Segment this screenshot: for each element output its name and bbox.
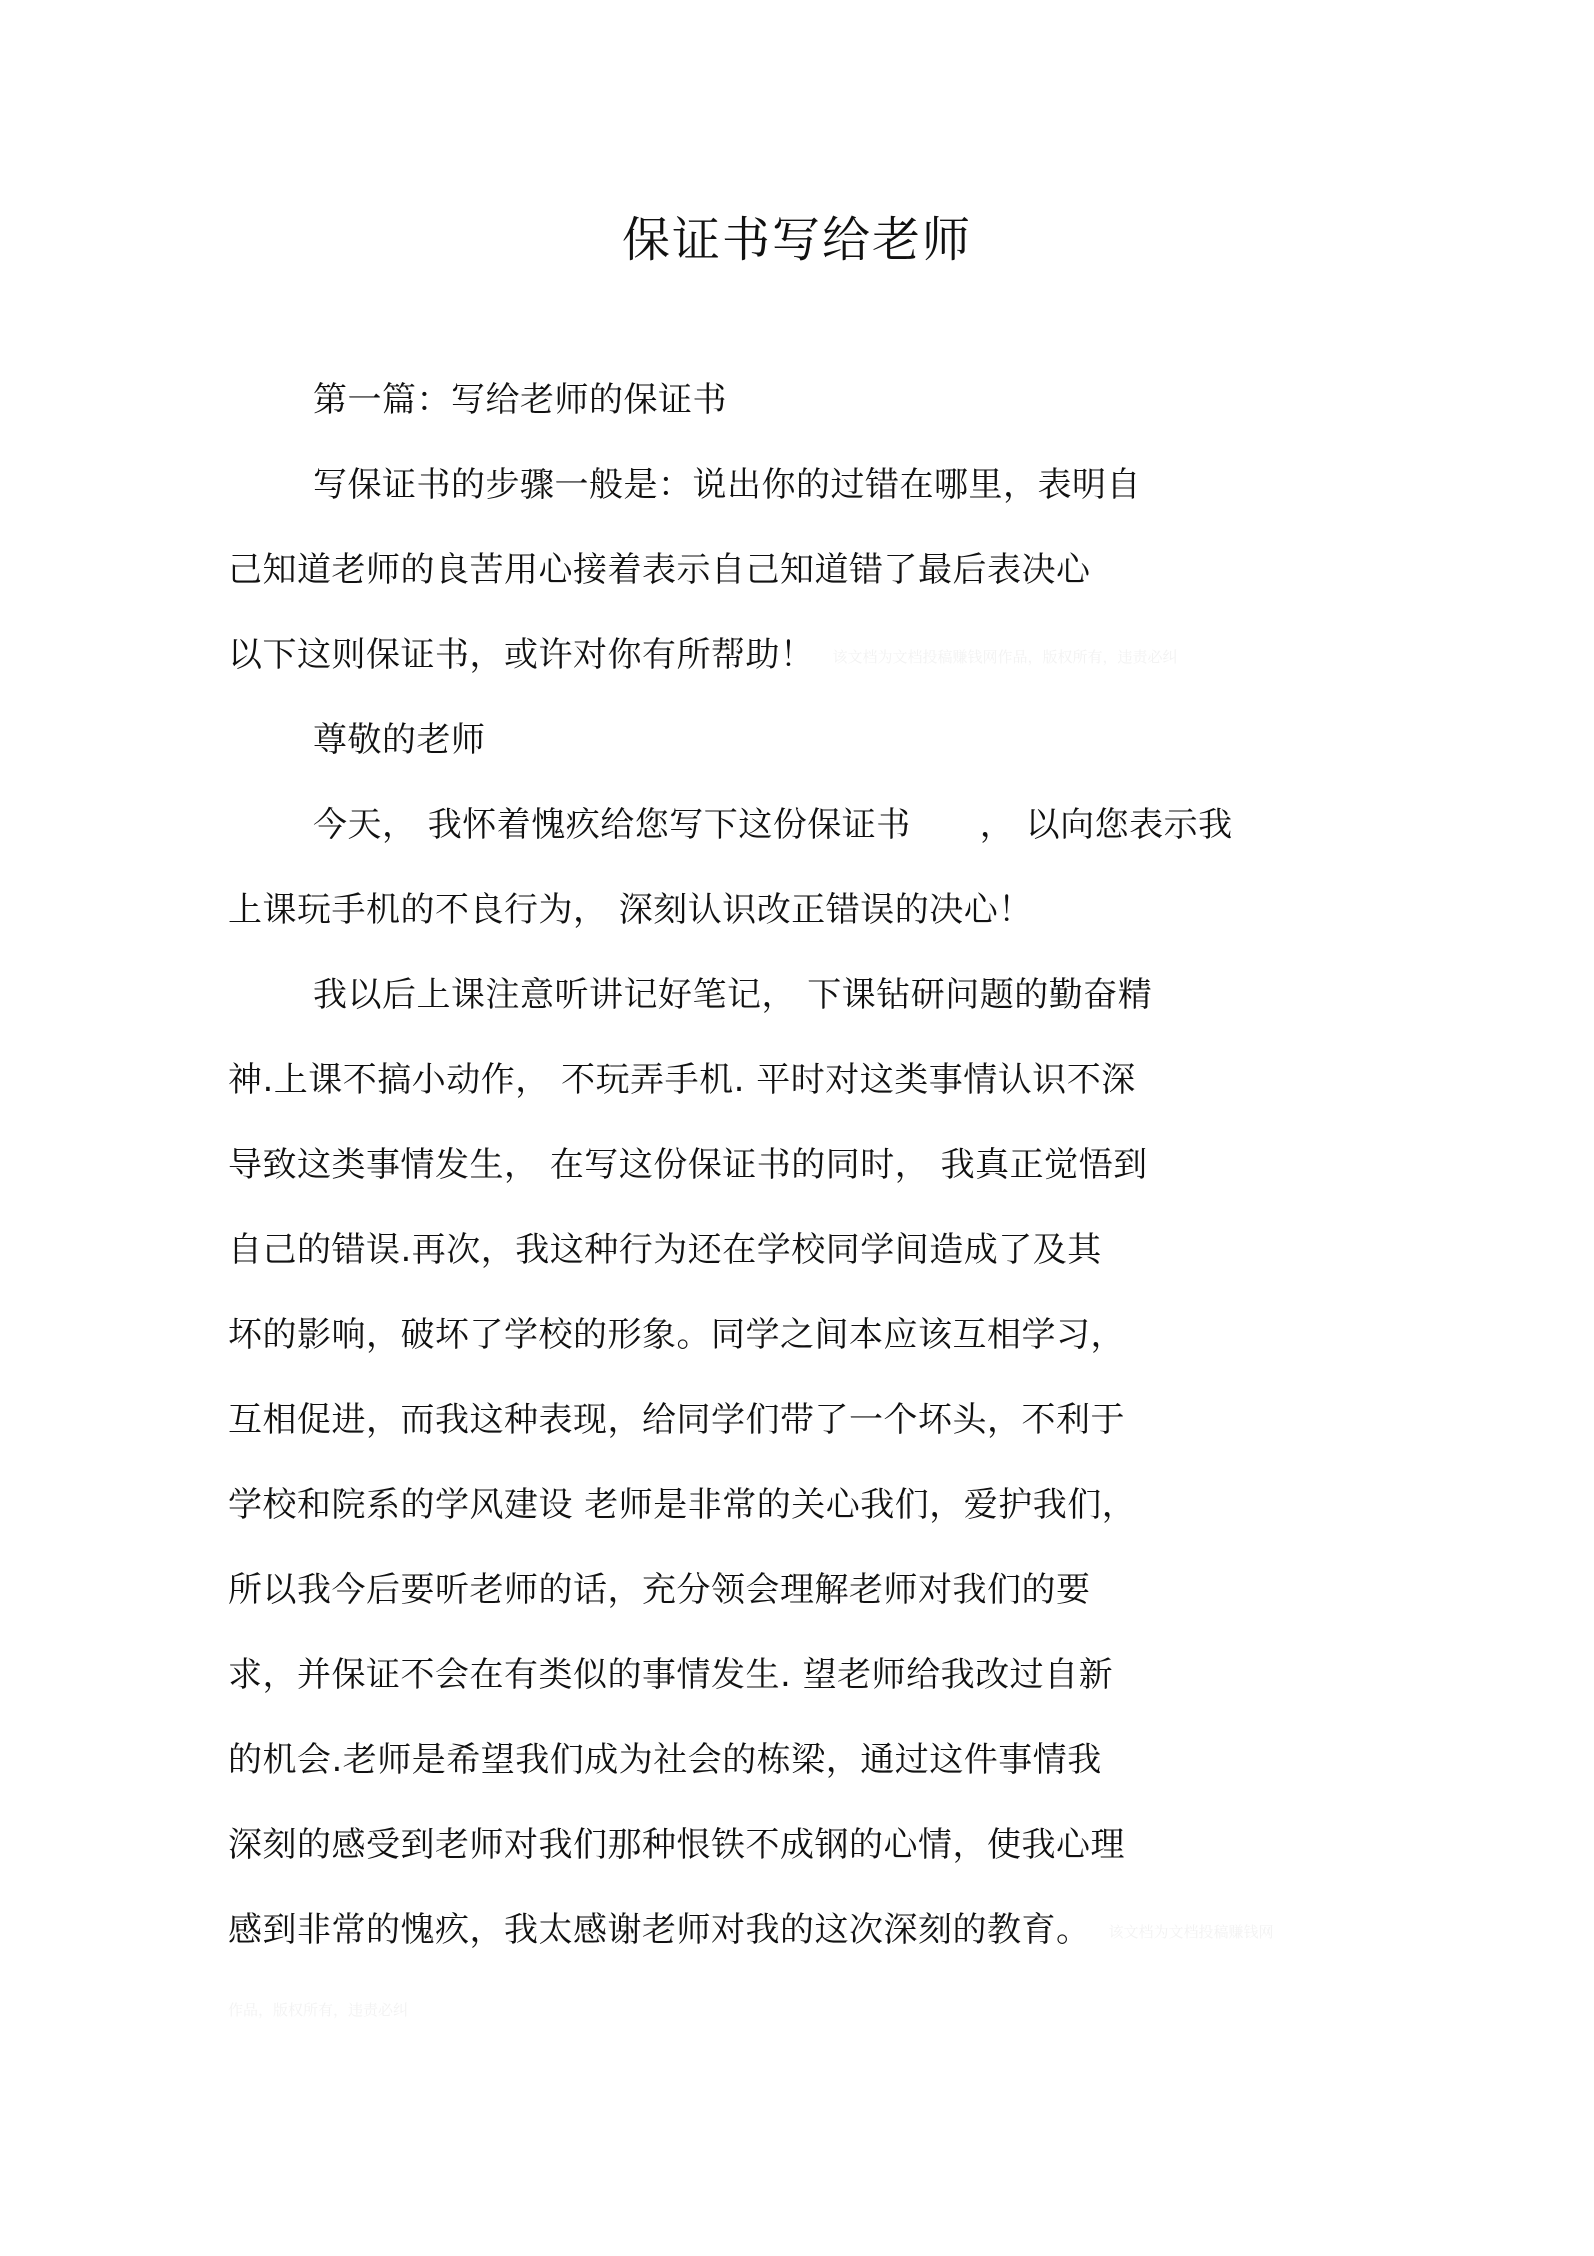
paragraph-2-line-10: 的机会.老师是希望我们成为社会的栋梁，通过这件事情我 (228, 1738, 1102, 1782)
section-heading: 第一篇：写给老师的保证书 (313, 378, 727, 422)
paragraph-1-line-1: 今天， 我怀着愧疚给您写下这份保证书 ， 以向您表示我 (313, 803, 1233, 847)
paragraph-2-line-12: 感到非常的愧疚，我太感谢老师对我的这次深刻的教育。该文档为文档投稿赚钱网 (228, 1908, 1274, 1954)
paragraph-2-line-4: 自己的错误.再次，我这种行为还在学校同学间造成了及其 (228, 1228, 1102, 1272)
paragraph-2-line-2: 神.上课不搞小动作， 不玩弄手机. 平时对这类事情认识不深 (228, 1058, 1136, 1102)
document-page: 保证书写给老师 第一篇：写给老师的保证书 写保证书的步骤一般是：说出你的过错在哪… (0, 0, 1594, 2256)
paragraph-1-line-2: 上课玩手机的不良行为， 深刻认识改正错误的决心！ (228, 888, 1033, 932)
paragraph-2-line-3: 导致这类事情发生， 在写这份保证书的同时， 我真正觉悟到 (228, 1143, 1148, 1187)
intro-line-3: 以下这则保证书，或许对你有所帮助！该文档为文档投稿赚钱网作品，版权所有，违责必纠 (228, 633, 1178, 679)
paragraph-2-line-7: 学校和院系的学风建设 老师是非常的关心我们，爱护我们， (228, 1483, 1136, 1527)
watermark-text: 该文档为文档投稿赚钱网作品，版权所有，违责必纠 (833, 648, 1178, 666)
paragraph-2-line-6: 互相促进，而我这种表现，给同学们带了一个坏头，不利于 (228, 1398, 1125, 1442)
intro-line-2: 己知道老师的良苦用心接着表示自己知道错了最后表决心 (228, 548, 1091, 592)
paragraph-2-line-8: 所以我今后要听老师的话，充分领会理解老师对我们的要 (228, 1568, 1091, 1612)
paragraph-2-line-12-text: 感到非常的愧疚，我太感谢老师对我的这次深刻的教育。 (228, 1910, 1091, 1950)
footer-watermark: 作品，版权所有，违责必纠 (228, 2000, 408, 2020)
intro-line-1: 写保证书的步骤一般是：说出你的过错在哪里，表明自 (313, 463, 1141, 507)
watermark-text: 该文档为文档投稿赚钱网 (1109, 1923, 1274, 1941)
paragraph-2-line-5: 坏的影响，破坏了学校的形象。同学之间本应该互相学习， (228, 1313, 1125, 1357)
salutation: 尊敬的老师 (313, 718, 486, 762)
paragraph-2-line-1: 我以后上课注意听讲记好笔记， 下课钻研问题的勤奋精 (313, 973, 1152, 1017)
intro-line-3-text: 以下这则保证书，或许对你有所帮助！ (228, 635, 815, 675)
document-title: 保证书写给老师 (0, 208, 1594, 272)
paragraph-2-line-11: 深刻的感受到老师对我们那种恨铁不成钢的心情，使我心理 (228, 1823, 1125, 1867)
paragraph-2-line-9: 求，并保证不会在有类似的事情发生. 望老师给我改过自新 (228, 1653, 1113, 1697)
